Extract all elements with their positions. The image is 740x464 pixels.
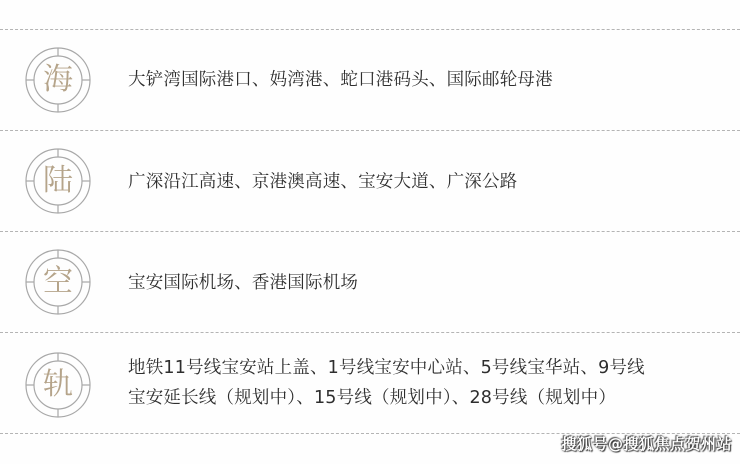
row-description: 大铲湾国际港口、妈湾港、蛇口港码头、国际邮轮母港 [128, 65, 553, 95]
badge-glyph: 陆 [25, 148, 91, 214]
transport-row-sea: 海 大铲湾国际港口、妈湾港、蛇口港码头、国际邮轮母港 [0, 30, 740, 130]
description-line: 大铲湾国际港口、妈湾港、蛇口港码头、国际邮轮母港 [128, 65, 553, 95]
row-description: 地铁11号线宝安站上盖、1号线宝安中心站、5号线宝华站、9号线 宝安延长线（规划… [128, 353, 645, 413]
watermark: 搜狐号@搜狐焦点贺州站 [561, 433, 732, 454]
row-description: 广深沿江高速、京港澳高速、宝安大道、广深公路 [128, 167, 517, 197]
description-line: 宝安延长线（规划中）、15号线（规划中）、28号线（规划中） [128, 383, 645, 413]
badge-glyph: 轨 [25, 352, 91, 418]
land-badge-icon: 陆 [25, 148, 91, 214]
description-line: 广深沿江高速、京港澳高速、宝安大道、广深公路 [128, 167, 517, 197]
description-line: 地铁11号线宝安站上盖、1号线宝安中心站、5号线宝华站、9号线 [128, 353, 645, 383]
transport-row-land: 陆 广深沿江高速、京港澳高速、宝安大道、广深公路 [0, 131, 740, 231]
air-badge-icon: 空 [25, 249, 91, 315]
row-description: 宝安国际机场、香港国际机场 [128, 268, 358, 298]
rail-badge-icon: 轨 [25, 352, 91, 418]
badge-glyph: 空 [25, 249, 91, 315]
description-line: 宝安国际机场、香港国际机场 [128, 268, 358, 298]
badge-glyph: 海 [25, 47, 91, 113]
transport-row-air: 空 宝安国际机场、香港国际机场 [0, 232, 740, 332]
transport-row-rail: 轨 地铁11号线宝安站上盖、1号线宝安中心站、5号线宝华站、9号线 宝安延长线（… [0, 333, 740, 433]
sea-badge-icon: 海 [25, 47, 91, 113]
